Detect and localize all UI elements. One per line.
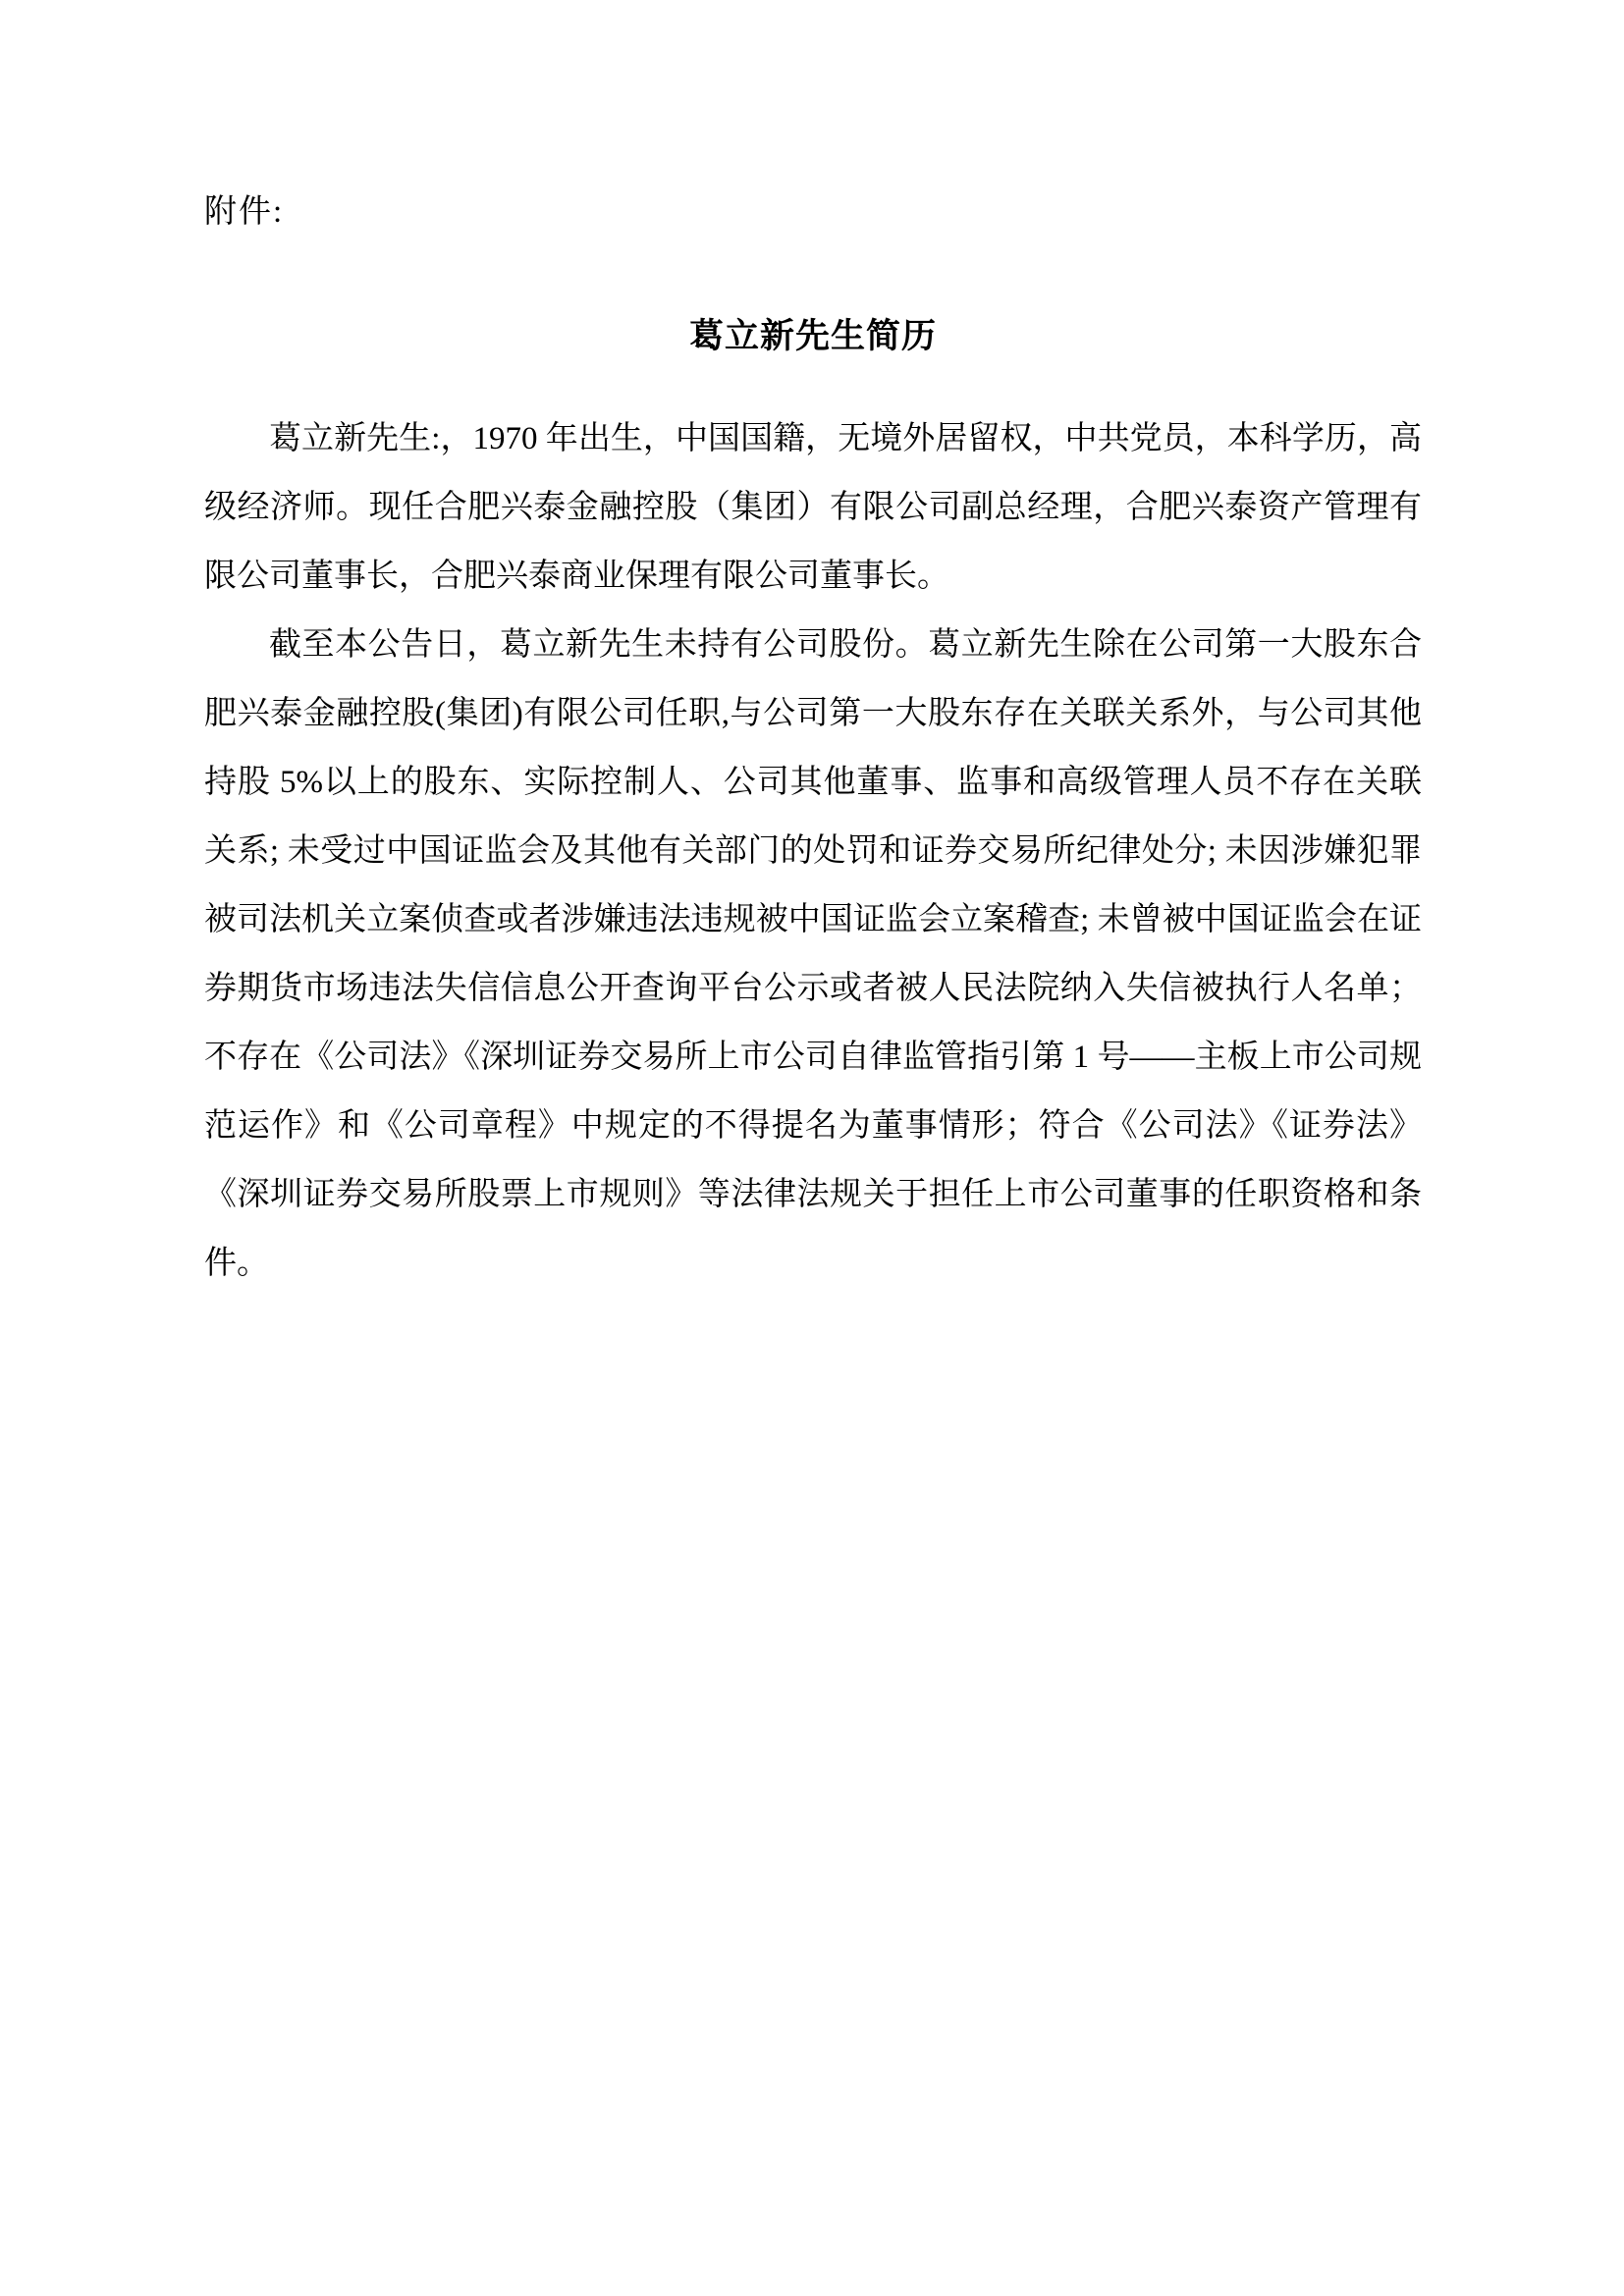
paragraph: 葛立新先生:，1970 年出生，中国国籍，无境外居留权，中共党员，本科学历，高级… — [204, 404, 1422, 611]
document-page: 附件: 葛立新先生简历 葛立新先生:，1970 年出生，中国国籍，无境外居留权，… — [0, 0, 1624, 2296]
document-body: 葛立新先生:，1970 年出生，中国国籍，无境外居留权，中共党员，本科学历，高级… — [204, 404, 1422, 1298]
paragraph: 截至本公告日，葛立新先生未持有公司股份。葛立新先生除在公司第一大股东合肥兴泰金融… — [204, 611, 1422, 1298]
document-content: 附件: 葛立新先生简历 葛立新先生:，1970 年出生，中国国籍，无境外居留权，… — [0, 0, 1624, 1298]
document-title: 葛立新先生简历 — [204, 316, 1422, 357]
attachment-label: 附件: — [204, 192, 1422, 232]
